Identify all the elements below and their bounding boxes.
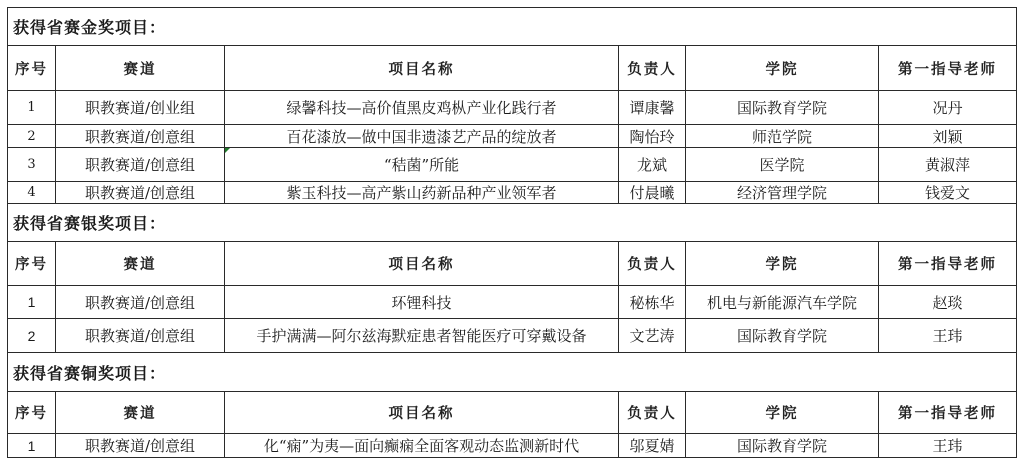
header-leader[interactable]: 负责人	[619, 242, 686, 286]
cell-track[interactable]: 职教赛道/创意组	[56, 319, 225, 353]
table-row: 4 职教赛道/创意组 紫玉科技—高产紫山药新品种产业领军者 付晨曦 经济管理学院…	[8, 182, 1017, 204]
header-track[interactable]: 赛道	[56, 46, 225, 91]
cell-project[interactable]: “秸菌”所能	[225, 148, 619, 182]
cell-advisor[interactable]: 赵琰	[879, 286, 1017, 319]
cell-project-text: “秸菌”所能	[384, 156, 459, 174]
cell-track[interactable]: 职教赛道/创意组	[56, 125, 225, 148]
cell-college[interactable]: 师范学院	[686, 125, 879, 148]
header-advisor[interactable]: 第一指导老师	[879, 46, 1017, 91]
cell-advisor[interactable]: 黄淑萍	[879, 148, 1017, 182]
cell-no[interactable]: 4	[8, 182, 56, 204]
cell-leader[interactable]: 龙斌	[619, 148, 686, 182]
header-no[interactable]: 序号	[8, 242, 56, 286]
cell-leader[interactable]: 陶怡玲	[619, 125, 686, 148]
header-project[interactable]: 项目名称	[225, 46, 619, 91]
header-no[interactable]: 序号	[8, 392, 56, 434]
header-project[interactable]: 项目名称	[225, 392, 619, 434]
table-row: 1 职教赛道/创业组 绿馨科技—高价值黑皮鸡枞产业化践行者 谭康馨 国际教育学院…	[8, 91, 1017, 125]
header-project[interactable]: 项目名称	[225, 242, 619, 286]
header-college[interactable]: 学院	[686, 46, 879, 91]
cell-college[interactable]: 国际教育学院	[686, 434, 879, 458]
cell-advisor[interactable]: 王玮	[879, 319, 1017, 353]
cell-no[interactable]: 2	[8, 125, 56, 148]
cell-advisor[interactable]: 王玮	[879, 434, 1017, 458]
header-row-gold: 序号 赛道 项目名称 负责人 学院 第一指导老师	[8, 46, 1017, 91]
cell-no[interactable]: 1	[8, 286, 56, 319]
cell-leader[interactable]: 谭康馨	[619, 91, 686, 125]
table-row: 1 职教赛道/创意组 环锂科技 秘栋华 机电与新能源汽车学院 赵琰	[8, 286, 1017, 319]
header-college[interactable]: 学院	[686, 392, 879, 434]
cell-college[interactable]: 机电与新能源汽车学院	[686, 286, 879, 319]
cell-track[interactable]: 职教赛道/创意组	[56, 286, 225, 319]
header-leader[interactable]: 负责人	[619, 46, 686, 91]
cell-track[interactable]: 职教赛道/创意组	[56, 148, 225, 182]
cell-college[interactable]: 经济管理学院	[686, 182, 879, 204]
cell-leader[interactable]: 秘栋华	[619, 286, 686, 319]
cell-college[interactable]: 国际教育学院	[686, 319, 879, 353]
header-leader[interactable]: 负责人	[619, 392, 686, 434]
section-title-gold[interactable]: 获得省赛金奖项目：	[8, 8, 1017, 46]
cell-track[interactable]: 职教赛道/创意组	[56, 182, 225, 204]
cell-project[interactable]: 环锂科技	[225, 286, 619, 319]
header-college[interactable]: 学院	[686, 242, 879, 286]
cell-no[interactable]: 1	[8, 91, 56, 125]
awards-table: 获得省赛金奖项目： 序号 赛道 项目名称 负责人 学院 第一指导老师 1 职教赛…	[7, 7, 1017, 458]
header-advisor[interactable]: 第一指导老师	[879, 392, 1017, 434]
cell-project[interactable]: 化“痫”为夷—面向癫痫全面客观动态监测新时代	[225, 434, 619, 458]
section-title-silver[interactable]: 获得省赛银奖项目：	[8, 204, 1017, 242]
cell-leader[interactable]: 邬夏婧	[619, 434, 686, 458]
section-title-row-gold: 获得省赛金奖项目：	[8, 8, 1017, 46]
cell-advisor[interactable]: 钱爱文	[879, 182, 1017, 204]
section-title-row-silver: 获得省赛银奖项目：	[8, 204, 1017, 242]
cell-leader[interactable]: 文艺涛	[619, 319, 686, 353]
awards-spreadsheet: 获得省赛金奖项目： 序号 赛道 项目名称 负责人 学院 第一指导老师 1 职教赛…	[7, 7, 1016, 458]
header-row-bronze: 序号 赛道 项目名称 负责人 学院 第一指导老师	[8, 392, 1017, 434]
cell-project[interactable]: 手护满满—阿尔兹海默症患者智能医疗可穿戴设备	[225, 319, 619, 353]
header-row-silver: 序号 赛道 项目名称 负责人 学院 第一指导老师	[8, 242, 1017, 286]
section-title-bronze[interactable]: 获得省赛铜奖项目：	[8, 353, 1017, 392]
header-no[interactable]: 序号	[8, 46, 56, 91]
cell-track[interactable]: 职教赛道/创意组	[56, 434, 225, 458]
cell-leader[interactable]: 付晨曦	[619, 182, 686, 204]
cell-project[interactable]: 紫玉科技—高产紫山药新品种产业领军者	[225, 182, 619, 204]
cell-project[interactable]: 绿馨科技—高价值黑皮鸡枞产业化践行者	[225, 91, 619, 125]
section-title-row-bronze: 获得省赛铜奖项目：	[8, 353, 1017, 392]
cell-college[interactable]: 医学院	[686, 148, 879, 182]
cell-track[interactable]: 职教赛道/创业组	[56, 91, 225, 125]
table-row: 2 职教赛道/创意组 百花漆放—做中国非遗漆艺产品的绽放者 陶怡玲 师范学院 刘…	[8, 125, 1017, 148]
table-row: 2 职教赛道/创意组 手护满满—阿尔兹海默症患者智能医疗可穿戴设备 文艺涛 国际…	[8, 319, 1017, 353]
table-row: 3 职教赛道/创意组 “秸菌”所能 龙斌 医学院 黄淑萍	[8, 148, 1017, 182]
cell-no[interactable]: 2	[8, 319, 56, 353]
header-track[interactable]: 赛道	[56, 242, 225, 286]
cell-advisor[interactable]: 况丹	[879, 91, 1017, 125]
table-row: 1 职教赛道/创意组 化“痫”为夷—面向癫痫全面客观动态监测新时代 邬夏婧 国际…	[8, 434, 1017, 458]
cell-no[interactable]: 1	[8, 434, 56, 458]
error-indicator-icon	[225, 148, 230, 153]
cell-no[interactable]: 3	[8, 148, 56, 182]
cell-advisor[interactable]: 刘颖	[879, 125, 1017, 148]
cell-college[interactable]: 国际教育学院	[686, 91, 879, 125]
header-advisor[interactable]: 第一指导老师	[879, 242, 1017, 286]
header-track[interactable]: 赛道	[56, 392, 225, 434]
cell-project[interactable]: 百花漆放—做中国非遗漆艺产品的绽放者	[225, 125, 619, 148]
